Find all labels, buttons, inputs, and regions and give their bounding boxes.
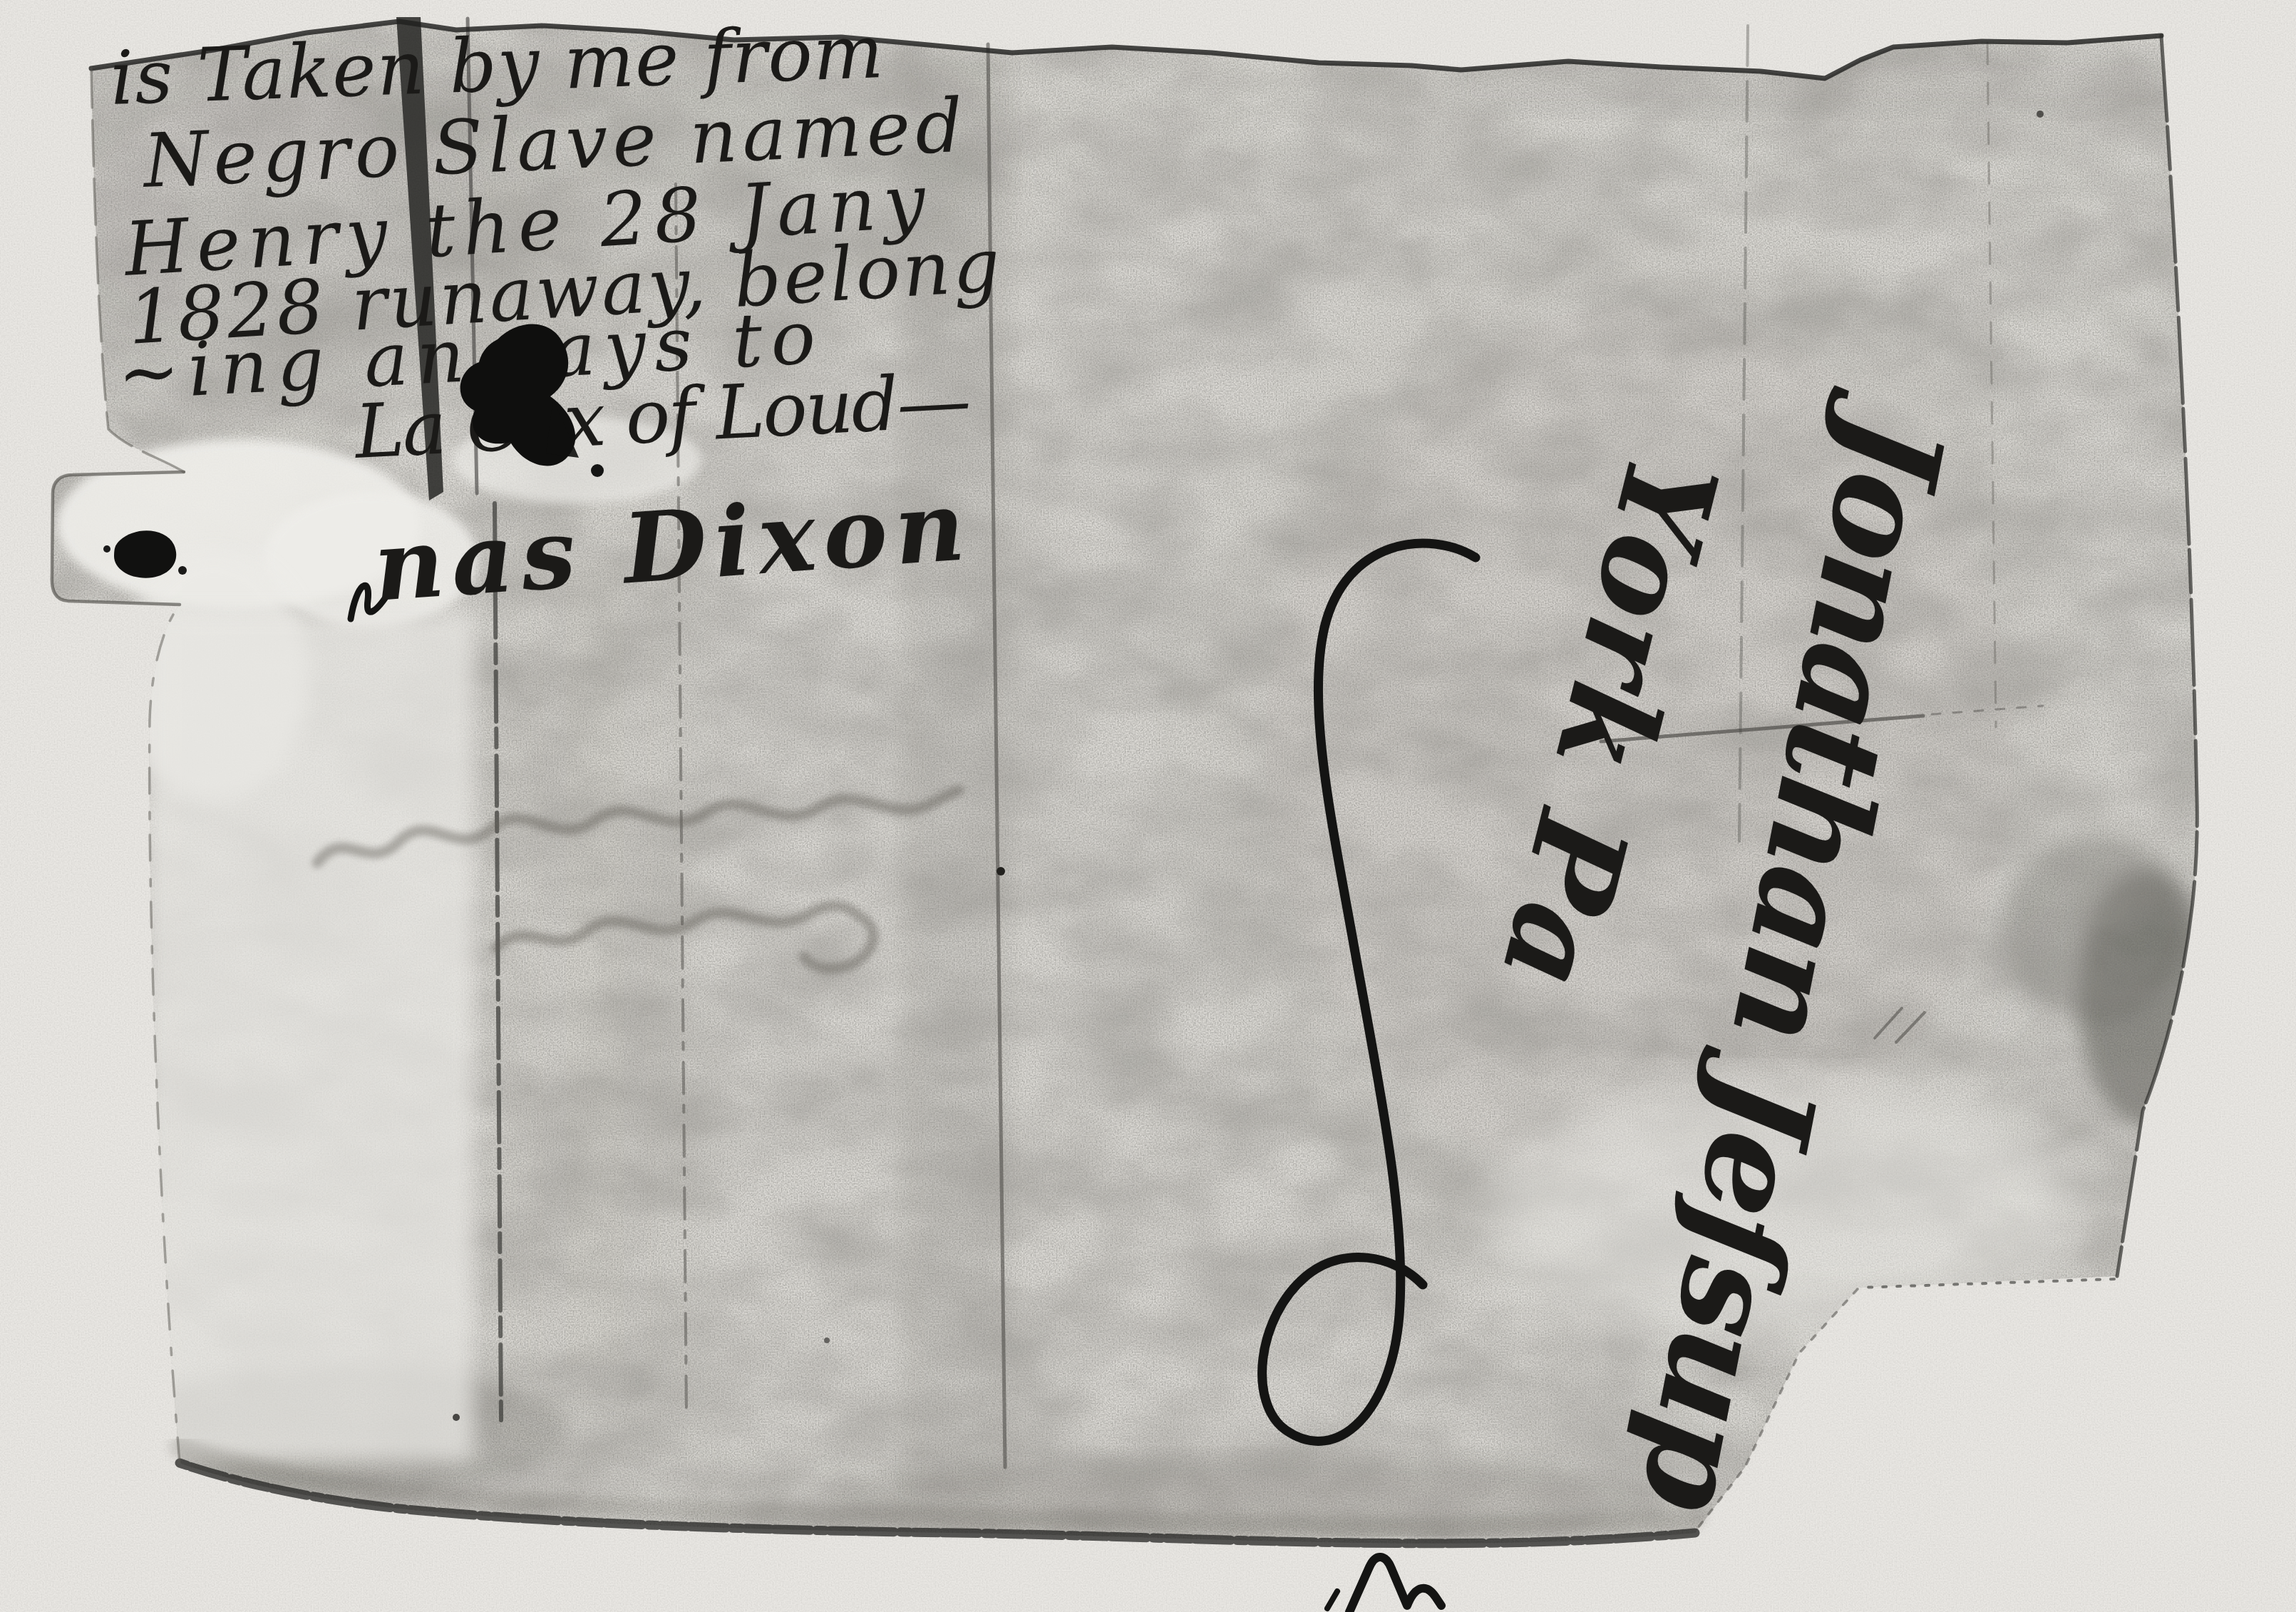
tab-ink-blot bbox=[114, 530, 176, 577]
tab-ink-speck-2 bbox=[103, 545, 110, 553]
ink-blot-dot bbox=[591, 464, 604, 477]
manuscript-scan: is Taken by me from Negro Slave named He… bbox=[0, 0, 2296, 1612]
tab-ink-speck-1 bbox=[178, 566, 187, 575]
